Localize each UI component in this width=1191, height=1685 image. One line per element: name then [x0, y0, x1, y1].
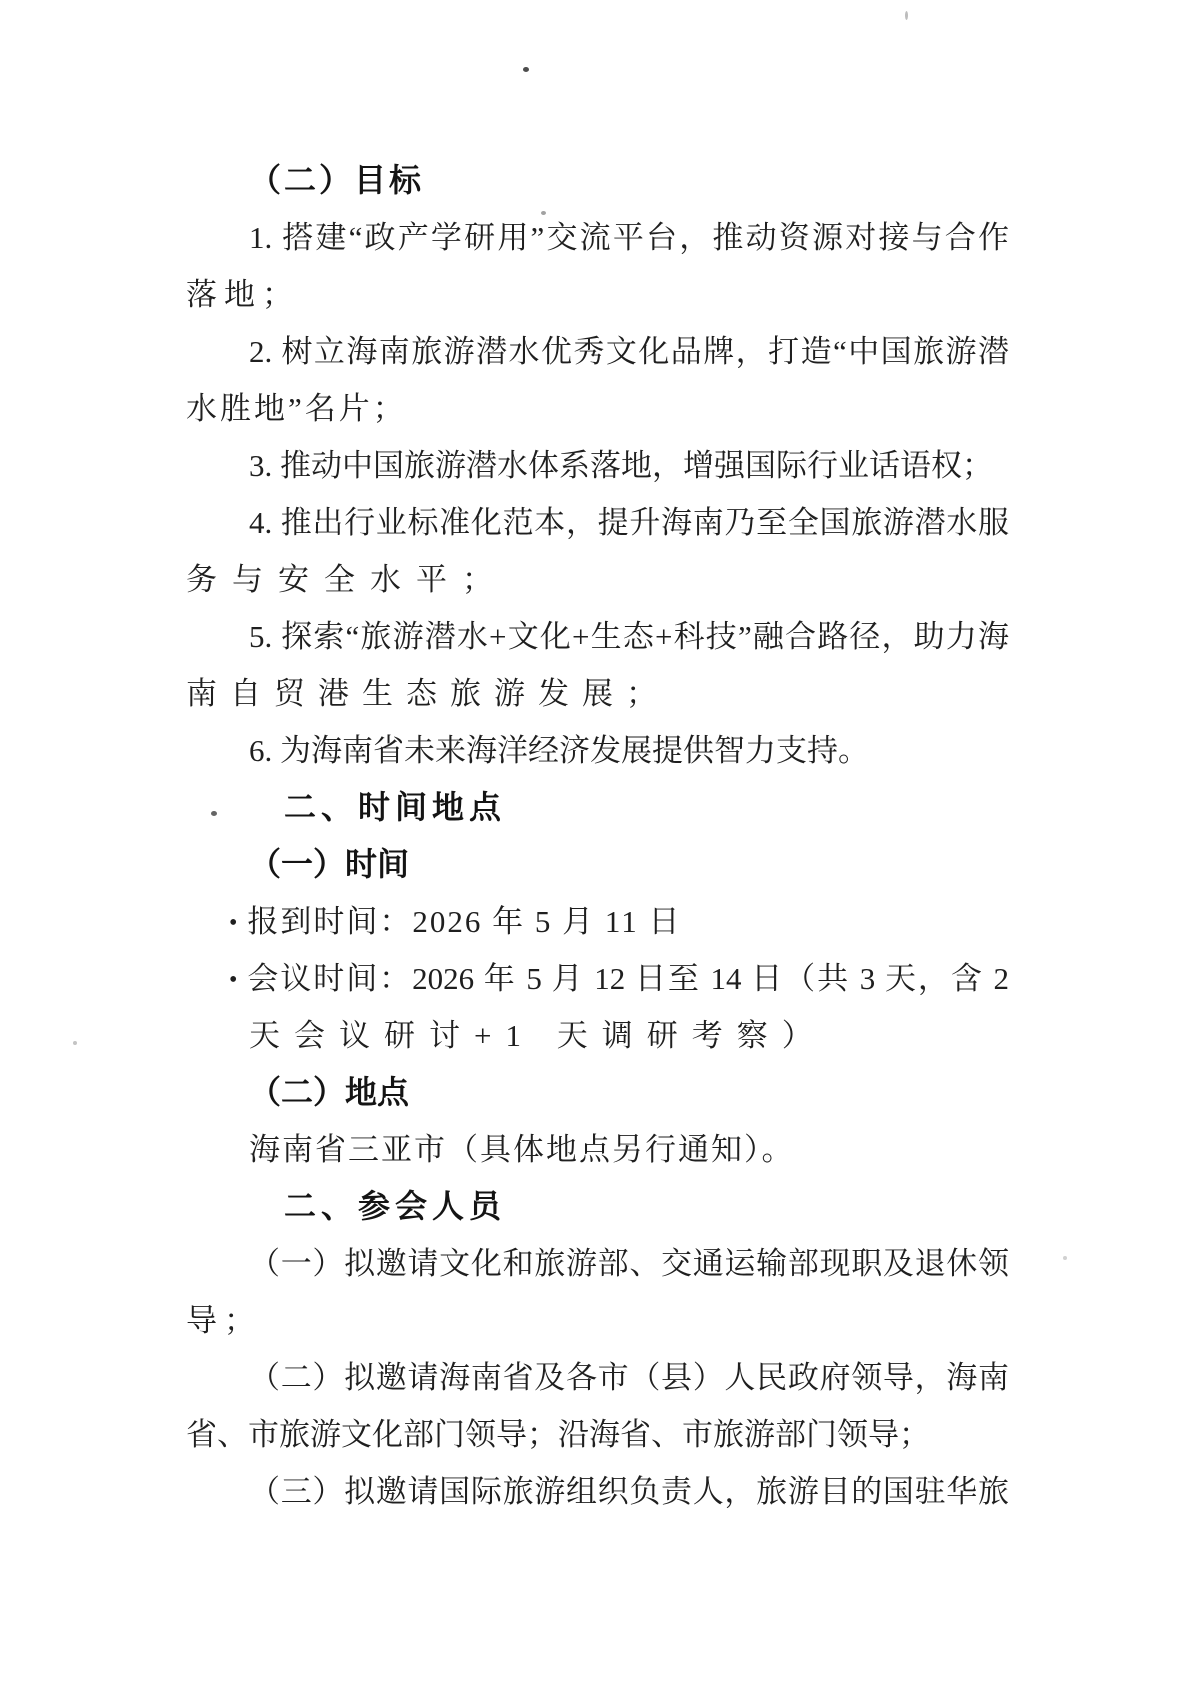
bullet-icon: •: [229, 952, 237, 1009]
text-line: 导；: [186, 1292, 1009, 1349]
text-line: 天会议研讨+1 天调研考察）: [249, 1007, 1009, 1064]
text-line: 落地；: [186, 266, 1009, 323]
scan-speck: [905, 11, 908, 20]
text-line: 务与安全水平；: [186, 551, 1009, 608]
text-line: （二）拟邀请海南省及各市（县）人民政府领导，海南: [249, 1349, 1009, 1406]
section-heading: 二、时间地点: [284, 779, 1009, 836]
text-line: 省、市旅游文化部门领导；沿海省、市旅游部门领导；: [186, 1406, 1009, 1463]
scan-speck: [1063, 1256, 1067, 1260]
scan-speck: [523, 67, 529, 72]
bullet-icon: •: [229, 895, 239, 952]
text-line: 水胜地”名片；: [186, 380, 1009, 437]
text-line: 南自贸港生态旅游发展；: [186, 665, 1009, 722]
text-line: （一）拟邀请文化和旅游部、交通运输部现职及退休领: [249, 1235, 1009, 1292]
text-line: 4. 推出行业标准化范本，提升海南乃至全国旅游潜水服: [249, 494, 1009, 551]
scan-speck: [73, 1041, 77, 1045]
document-text-block: （二）目标1. 搭建“政产学研用”交流平台，推动资源对接与合作落地；2. 树立海…: [186, 152, 1009, 1520]
text-line: （三）拟邀请国际旅游组织负责人，旅游目的国驻华旅: [249, 1463, 1009, 1520]
text-line: 1. 搭建“政产学研用”交流平台，推动资源对接与合作: [249, 209, 1009, 266]
text-line: 海南省三亚市（具体地点另行通知）。: [249, 1121, 1009, 1178]
text-line: 5. 探索“旅游潜水+文化+生态+科技”融合路径，助力海: [249, 608, 1009, 665]
scan-speck: [541, 211, 546, 215]
text-line: 6. 为海南省未来海洋经济发展提供智力支持。: [249, 722, 1009, 779]
text-line: •报到时间：2026 年 5 月 11 日: [229, 893, 1009, 950]
text-line: 2. 树立海南旅游潜水优秀文化品牌，打造“中国旅游潜: [249, 323, 1009, 380]
scan-speck: [211, 811, 217, 816]
document-page: （二）目标1. 搭建“政产学研用”交流平台，推动资源对接与合作落地；2. 树立海…: [0, 0, 1191, 1685]
section-heading: （一）时间: [249, 836, 1009, 893]
text-line: •会议时间：2026 年 5 月 12 日至 14 日（共 3 天，含 2: [229, 950, 1009, 1007]
section-heading: 二、参会人员: [284, 1178, 1009, 1235]
section-heading: （二）地点: [249, 1064, 1009, 1121]
section-heading: （二）目标: [249, 152, 1009, 209]
text-line: 3. 推动中国旅游潜水体系落地，增强国际行业话语权；: [249, 437, 1009, 494]
